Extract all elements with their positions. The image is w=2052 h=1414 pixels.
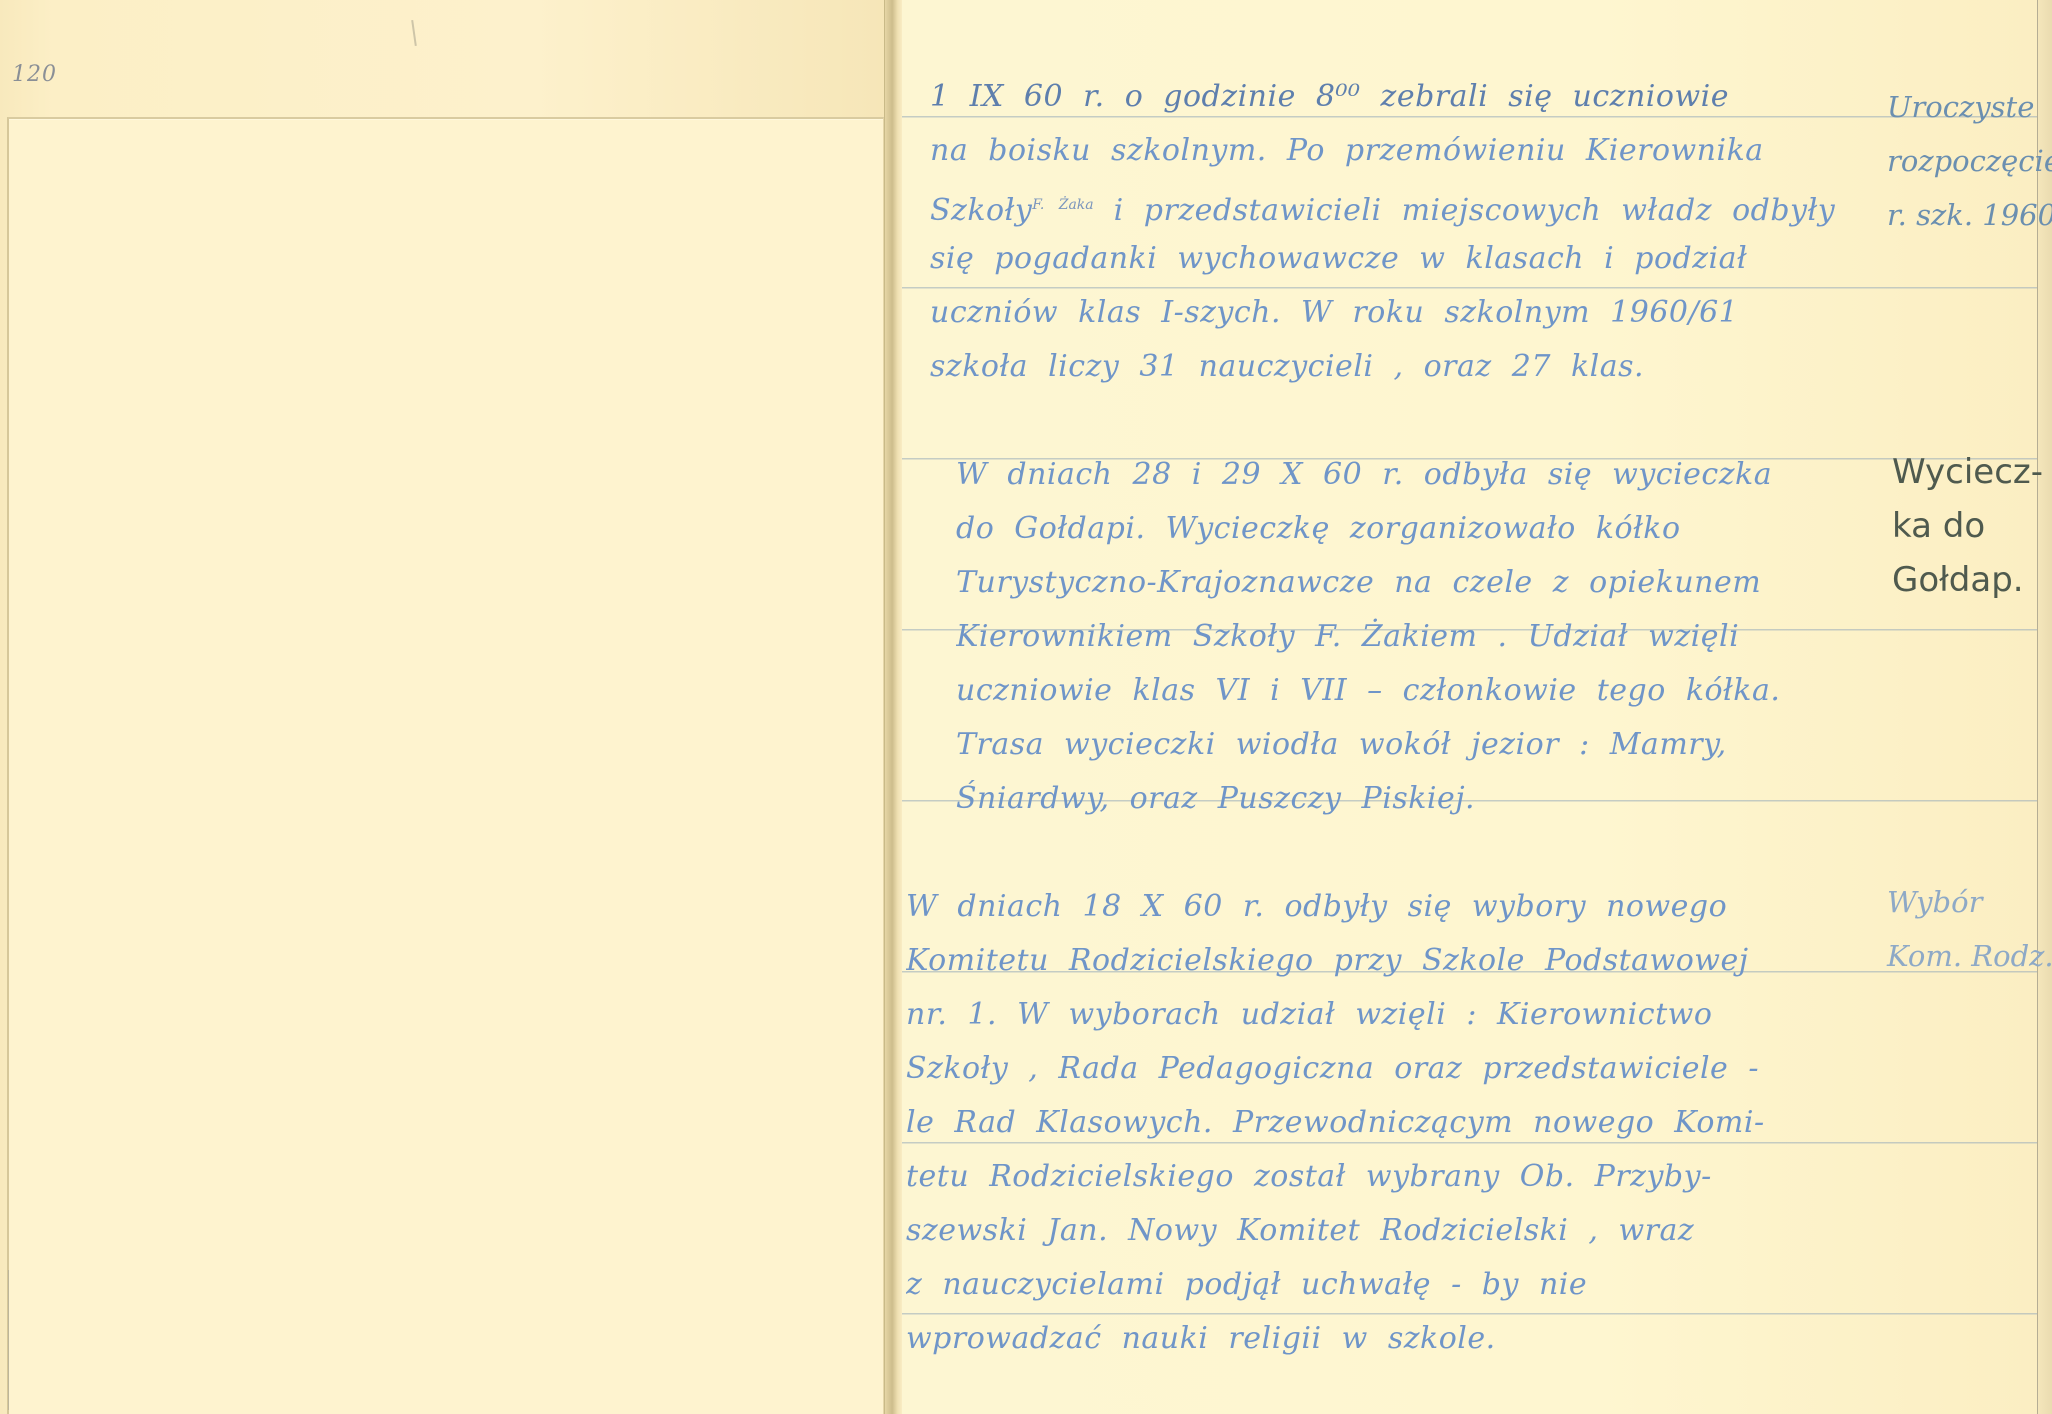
entry-line: W dniach 18 X 60 r. odbyły się wybory no…: [906, 880, 1866, 934]
entry-line: tetu Rodzicielskiego został wybrany Ob. …: [906, 1150, 1866, 1204]
pencil-mark: [411, 20, 417, 46]
right-page: 121 1 IX 60 r. o godzinie 8⁰⁰ zebrali si…: [902, 0, 2052, 1414]
entry-line: Komitetu Rodzicielskiego przy Szkole Pod…: [906, 934, 1866, 988]
book-spine: [884, 0, 903, 1414]
entry-goldap-trip: W dniach 28 i 29 X 60 r. odbyła się wyci…: [956, 448, 1916, 826]
inserted-annotation: F. Żaka: [1032, 197, 1093, 213]
entry-line: szewski Jan. Nowy Komitet Rodzicielski ,…: [906, 1204, 1866, 1258]
left-page-number: 120: [12, 62, 57, 87]
margin-note-line: rozpoczęcie: [1887, 134, 2052, 188]
margin-note-goldap-trip: Wyciecz- ka do Gołdap.: [1892, 445, 2043, 607]
left-page: 120: [0, 0, 888, 1414]
left-page-inserted-sheet: [7, 117, 884, 1414]
margin-note-line: Uroczyste: [1887, 80, 2052, 134]
entry-line: Szkoły , Rada Pedagogiczna oraz przedsta…: [906, 1042, 1866, 1096]
margin-note-line: ka do: [1892, 499, 2043, 553]
entry-line: SzkołyF. Żaka i przedstawicieli miejscow…: [930, 178, 1890, 232]
entry-line: szkoła liczy 31 nauczycieli , oraz 27 kl…: [930, 340, 1890, 394]
entry-line: Kierownikiem Szkoły F. Żakiem . Udział w…: [956, 610, 1916, 664]
entry-line: wprowadzać nauki religii w szkole.: [906, 1312, 1866, 1366]
entry-line: uczniów klas I-szych. W roku szkolnym 19…: [930, 286, 1890, 340]
entry-line: do Gołdapi. Wycieczkę zorganizowało kółk…: [956, 502, 1916, 556]
entry-line-rest: i przedstawicieli miejscowych władz odby…: [1114, 193, 1836, 228]
margin-note-committee-election: Wybór Kom. Rodz.: [1887, 875, 2052, 983]
margin-note-school-year: Uroczyste rozpoczęcie r. szk. 1960/: [1887, 80, 2052, 242]
entry-line: Trasa wycieczki wiodła wokół jezior : Ma…: [956, 718, 1916, 772]
entry-line: 1 IX 60 r. o godzinie 8⁰⁰ zebrali się uc…: [930, 70, 1890, 124]
entry-line: nr. 1. W wyborach udział wzięli : Kierow…: [906, 988, 1866, 1042]
entry-line: uczniowie klas VI i VII – członkowie teg…: [956, 664, 1916, 718]
entry-parents-committee-election: W dniach 18 X 60 r. odbyły się wybory no…: [906, 880, 1866, 1366]
entry-line: W dniach 28 i 29 X 60 r. odbyła się wyci…: [956, 448, 1916, 502]
notebook-spread: 120 121 1 IX 60 r. o godzinie 8⁰⁰ zebral…: [0, 0, 2052, 1414]
margin-note-line: Wybór: [1887, 875, 2052, 929]
entry-line: le Rad Klasowych. Przewodniczącym nowego…: [906, 1096, 1866, 1150]
entry-school-year-opening: 1 IX 60 r. o godzinie 8⁰⁰ zebrali się uc…: [930, 70, 1890, 394]
entry-line: Turystyczno-Krajoznawcze na czele z opie…: [956, 556, 1916, 610]
entry-line: z nauczycielami podjął uchwałę - by nie: [906, 1258, 1866, 1312]
margin-note-line: Wyciecz-: [1892, 445, 2043, 499]
margin-note-line: Gołdap.: [1892, 553, 2043, 607]
entry-line-start: Szkoły: [930, 193, 1032, 228]
entry-line: Śniardwy, oraz Puszczy Piskiej.: [956, 772, 1916, 826]
entry-line: na boisku szkolnym. Po przemówieniu Kier…: [930, 124, 1890, 178]
entry-line: się pogadanki wychowawcze w klasach i po…: [930, 232, 1890, 286]
margin-note-line: Kom. Rodz.: [1887, 929, 2052, 983]
left-page-edge: [0, 1270, 9, 1410]
margin-note-line: r. szk. 1960/: [1887, 188, 2052, 242]
